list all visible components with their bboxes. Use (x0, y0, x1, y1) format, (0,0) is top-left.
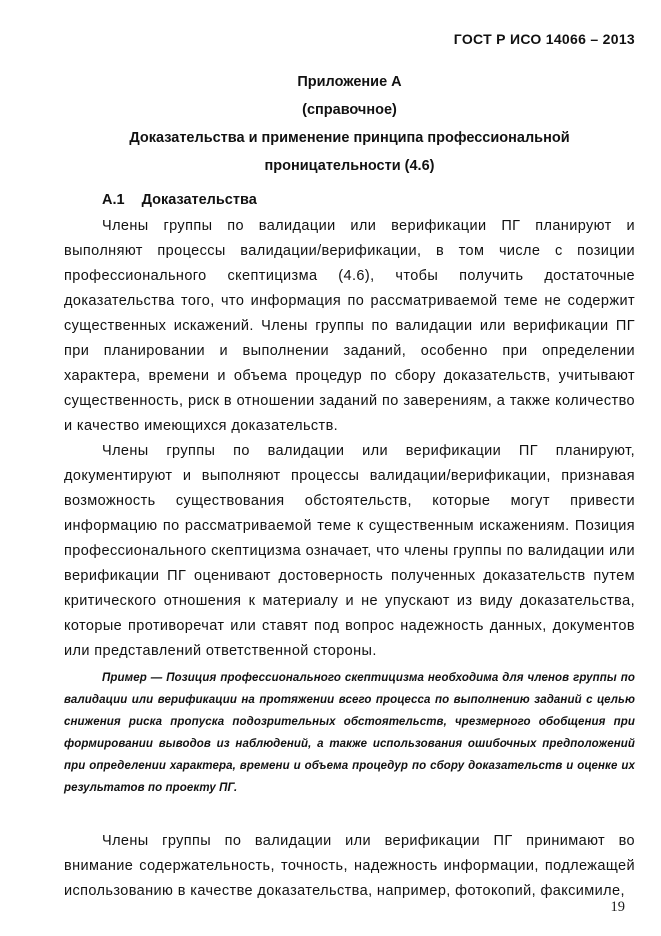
section-heading: А.1Доказательства (64, 186, 635, 214)
section-number: А.1 (102, 192, 125, 208)
appendix-heading: Приложение А (64, 68, 635, 96)
body-paragraph-3: Члены группы по валидации или верификаци… (64, 829, 635, 904)
appendix-subject: Доказательства и применение принципа про… (110, 124, 590, 180)
document-code: ГОСТ Р ИСО 14066 – 2013 (64, 30, 635, 48)
section-title: Доказательства (142, 192, 257, 208)
page-number: 19 (611, 899, 626, 916)
body-paragraph-1: Члены группы по валидации или верификаци… (64, 214, 635, 439)
appendix-title-block: Приложение А (справочное) Доказательства… (64, 68, 635, 180)
example-paragraph: Пример — Позиция профессионального скепт… (64, 667, 635, 799)
document-page: ГОСТ Р ИСО 14066 – 2013 Приложение А (сп… (0, 0, 661, 936)
body-paragraph-2: Члены группы по валидации или верификаци… (64, 439, 635, 664)
appendix-type: (справочное) (64, 96, 635, 124)
